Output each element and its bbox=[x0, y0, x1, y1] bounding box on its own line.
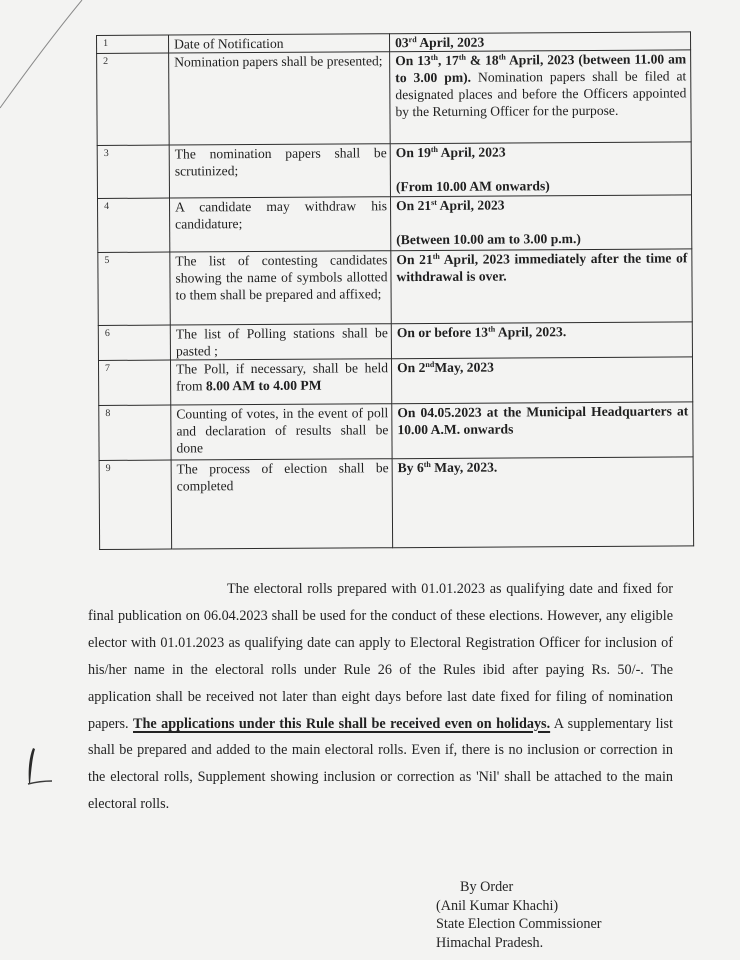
date-cell: On or before 13th April, 2023. bbox=[391, 322, 692, 359]
event-cell: Date of Notification bbox=[169, 34, 390, 53]
date-cell: On 13th, 17th & 18th April, 2023 (betwee… bbox=[390, 50, 692, 144]
table-row: 9The process of election shall be comple… bbox=[99, 457, 694, 550]
date-time-note: (Between 10.00 am to 3.00 p.m.) bbox=[396, 229, 687, 248]
signatory-state: Himachal Pradesh. bbox=[436, 934, 602, 953]
text-run: April, 2023 bbox=[437, 198, 505, 213]
serial-number-cell: 9 bbox=[99, 460, 172, 549]
signatory-name: (Anil Kumar Khachi) bbox=[436, 897, 602, 916]
text-run: On 21 bbox=[396, 252, 432, 267]
text-run: On 19 bbox=[396, 145, 431, 160]
ordinal-suffix: th bbox=[431, 53, 438, 62]
serial-number-cell: 8 bbox=[99, 405, 171, 460]
date-cell: By 6th May, 2023. bbox=[392, 457, 694, 548]
spacer bbox=[396, 159, 687, 178]
electoral-rolls-paragraph: The electoral rolls prepared with 01.01.… bbox=[88, 576, 673, 818]
date-cell: On 2ndMay, 2023 bbox=[391, 357, 692, 404]
text-run: On 13 bbox=[395, 53, 431, 68]
spacer bbox=[396, 212, 687, 231]
date-cell: On 21th April, 2023 immediately after th… bbox=[391, 249, 692, 324]
text-run: April, 2023 bbox=[438, 145, 506, 160]
date-cell: On 19th April, 2023(From 10.00 AM onward… bbox=[390, 142, 691, 197]
table-row: 6The list of Polling stations shall be p… bbox=[98, 322, 692, 361]
serial-number-cell: 2 bbox=[97, 53, 170, 145]
date-cell: On 04.05.2023 at the Municipal Headquart… bbox=[392, 402, 693, 459]
text-run: & 18 bbox=[466, 53, 499, 68]
text-run: On 04.05.2023 at the Municipal Headquart… bbox=[397, 403, 688, 437]
event-cell: The list of contesting candidates showin… bbox=[170, 251, 391, 325]
paragraph-text-intro: The electoral rolls prepared with 01.01.… bbox=[88, 581, 673, 732]
table-row: 4A candidate may withdraw his candidatur… bbox=[97, 195, 691, 253]
event-cell: The process of election shall be complet… bbox=[171, 459, 393, 549]
election-schedule-table: 1Date of Notification03rd April, 20232No… bbox=[96, 31, 694, 550]
event-cell: The nomination papers shall be scrutiniz… bbox=[169, 144, 390, 198]
text-run: May, 2023. bbox=[431, 460, 498, 475]
event-cell: The Poll, if necessary, shall be held fr… bbox=[170, 359, 391, 405]
serial-number-cell: 3 bbox=[97, 145, 169, 198]
table-row: 2Nomination papers shall be presented;On… bbox=[97, 50, 692, 146]
serial-number-cell: 1 bbox=[97, 35, 169, 53]
text-run: By 6 bbox=[398, 460, 424, 475]
text-run: 03 bbox=[395, 35, 409, 50]
text-run: On 21 bbox=[396, 198, 431, 213]
serial-number-cell: 7 bbox=[98, 360, 170, 405]
date-cell: 03rd April, 2023 bbox=[389, 32, 690, 52]
text-run: April, 2023. bbox=[495, 324, 566, 339]
signature-block: By Order (Anil Kumar Khachi) State Elect… bbox=[436, 878, 602, 952]
ordinal-suffix: nd bbox=[425, 360, 434, 369]
ordinal-suffix: rd bbox=[409, 35, 417, 44]
text-run: On 2 bbox=[397, 360, 425, 375]
by-order-label: By Order bbox=[436, 878, 602, 897]
ordinal-suffix: th bbox=[499, 52, 506, 61]
event-cell: A candidate may withdraw his candidature… bbox=[169, 197, 390, 252]
text-run: April, 2023 immediately after the time o… bbox=[396, 250, 687, 284]
text-run: On or before 13 bbox=[397, 325, 488, 341]
serial-number-cell: 5 bbox=[98, 252, 170, 325]
table-row: 5The list of contesting candidates showi… bbox=[98, 249, 692, 326]
text-run: April, 2023 bbox=[417, 35, 485, 50]
event-cell: Nomination papers shall be presented; bbox=[169, 52, 391, 145]
serial-number-cell: 4 bbox=[97, 198, 169, 252]
text-run: , 17 bbox=[438, 53, 459, 68]
table-row: 8Counting of votes, in the event of poll… bbox=[99, 402, 693, 461]
table-row: 3The nomination papers shall be scrutini… bbox=[97, 142, 691, 199]
table-row: 7The Poll, if necessary, shall be held f… bbox=[98, 357, 692, 406]
date-cell: On 21st April, 2023(Between 10.00 am to … bbox=[390, 195, 691, 251]
signatory-designation: State Election Commissioner bbox=[436, 915, 602, 934]
text-run-bold: 8.00 AM to 4.00 PM bbox=[206, 378, 322, 394]
date-time-note: (From 10.00 AM onwards) bbox=[396, 176, 687, 195]
handwritten-mark-icon bbox=[22, 745, 58, 787]
event-cell: Counting of votes, in the event of poll … bbox=[171, 404, 392, 460]
event-cell: The list of Polling stations shall be pa… bbox=[170, 324, 391, 360]
paragraph-emphasis: The applications under this Rule shall b… bbox=[133, 716, 550, 732]
text-run: May, 2023 bbox=[434, 360, 494, 375]
serial-number-cell: 6 bbox=[98, 325, 170, 360]
ordinal-suffix: th bbox=[459, 53, 466, 62]
